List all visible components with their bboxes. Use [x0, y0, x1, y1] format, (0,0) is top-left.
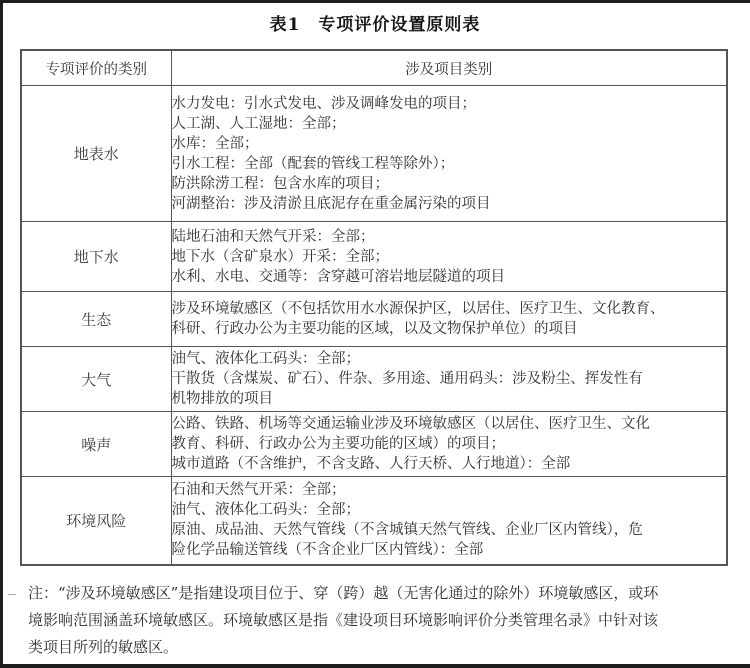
- item-line: 人工湖、人工湿地：全部；: [172, 114, 727, 134]
- category-cell: 地表水: [21, 86, 171, 222]
- table-title: 表1专项评价设置原则表: [0, 10, 750, 35]
- header-items: 涉及项目类别: [171, 50, 727, 86]
- items-cell: 水力发电：引水式发电、涉及调峰发电的项目； 人工湖、人工湿地：全部； 水库：全部…: [171, 86, 727, 222]
- table-row: 地表水 水力发电：引水式发电、涉及调峰发电的项目； 人工湖、人工湿地：全部； 水…: [21, 86, 727, 222]
- table-row: 环境风险 石油和天然气开采：全部； 油气、液体化工码头：全部； 原油、成品油、天…: [21, 477, 727, 565]
- item-line: 城市道路（不含维护，不含支路、人行天桥、人行地道）：全部: [172, 454, 727, 474]
- items-cell: 石油和天然气开采：全部； 油气、液体化工码头：全部； 原油、成品油、天然气管线（…: [171, 477, 727, 565]
- item-line: 公路、铁路、机场等交通运输业涉及环境敏感区（以居住、医疗卫生、文化: [172, 414, 727, 434]
- table-row: 噪声 公路、铁路、机场等交通运输业涉及环境敏感区（以居住、医疗卫生、文化 教育、…: [21, 412, 727, 477]
- table-row: 大气 油气、液体化工码头：全部； 干散货（含煤炭、矿石）、件杂、多用途、通用码头…: [21, 347, 727, 412]
- items-cell: 涉及环境敏感区（不包括饮用水水源保护区，以居住、医疗卫生、文化教育、 科研、行政…: [171, 292, 727, 347]
- frame-border-top: [0, 0, 750, 3]
- item-line: 原油、成品油、天然气管线（不含城镇天然气管线、企业厂区内管线），危: [172, 520, 727, 540]
- item-line: 地下水（含矿泉水）开采：全部；: [172, 247, 727, 267]
- item-line: 水力发电：引水式发电、涉及调峰发电的项目；: [172, 94, 727, 114]
- items-cell: 油气、液体化工码头：全部； 干散货（含煤炭、矿石）、件杂、多用途、通用码头：涉及…: [171, 347, 727, 412]
- frame-border-bottom: [0, 664, 750, 668]
- items-cell: 公路、铁路、机场等交通运输业涉及环境敏感区（以居住、医疗卫生、文化 教育、科研、…: [171, 412, 727, 477]
- item-line: 水库：全部；: [172, 134, 727, 154]
- item-line: 干散货（含煤炭、矿石）、件杂、多用途、通用码头：涉及粉尘、挥发性有: [172, 369, 727, 389]
- category-cell: 环境风险: [21, 477, 171, 565]
- table-row: 生态 涉及环境敏感区（不包括饮用水水源保护区，以居住、医疗卫生、文化教育、 科研…: [21, 292, 727, 347]
- table-row: 地下水 陆地石油和天然气开采：全部； 地下水（含矿泉水）开采：全部； 水利、水电…: [21, 222, 727, 292]
- item-line: 河湖整治：涉及清淤且底泥存在重金属污染的项目: [172, 194, 727, 214]
- item-line: 石油和天然气开采：全部；: [172, 480, 727, 500]
- footnote-line: 注：“涉及环境敏感区”是指建设项目位于、穿（跨）越（无害化通过的除外）环境敏感区…: [28, 580, 728, 607]
- table-number: 表1: [270, 15, 301, 35]
- item-line: 油气、液体化工码头：全部；: [172, 349, 727, 369]
- footnote-line: 类项目所列的敏感区。: [28, 634, 728, 661]
- item-line: 油气、液体化工码头：全部；: [172, 500, 727, 520]
- category-cell: 生态: [21, 292, 171, 347]
- margin-dash-mark: [8, 594, 16, 595]
- items-cell: 陆地石油和天然气开采：全部； 地下水（含矿泉水）开采：全部； 水利、水电、交通等…: [171, 222, 727, 292]
- item-line: 引水工程：全部（配套的管线工程等除外）；: [172, 154, 727, 174]
- category-cell: 地下水: [21, 222, 171, 292]
- item-line: 陆地石油和天然气开采：全部；: [172, 227, 727, 247]
- table-header-row: 专项评价的类别 涉及项目类别: [21, 50, 727, 86]
- evaluation-principles-table: 专项评价的类别 涉及项目类别 地表水 水力发电：引水式发电、涉及调峰发电的项目；…: [20, 49, 728, 566]
- item-line: 涉及环境敏感区（不包括饮用水水源保护区，以居住、医疗卫生、文化教育、: [172, 299, 727, 319]
- category-cell: 噪声: [21, 412, 171, 477]
- item-line: 险化学品输送管线（不含企业厂区内管线）：全部: [172, 540, 727, 560]
- header-category: 专项评价的类别: [21, 50, 171, 86]
- frame-border-left: [0, 0, 3, 668]
- item-line: 防洪除涝工程：包含水库的项目；: [172, 174, 727, 194]
- item-line: 教育、科研、行政办公为主要功能的区域）的项目；: [172, 434, 727, 454]
- table-title-text: 专项评价设置原则表: [318, 15, 480, 35]
- category-cell: 大气: [21, 347, 171, 412]
- item-line: 水利、水电、交通等：含穿越可溶岩地层隧道的项目: [172, 267, 727, 287]
- footnote-line: 境影响范围涵盖环境敏感区。环境敏感区是指《建设项目环境影响评价分类管理名录》中针…: [28, 607, 728, 634]
- table-footnote: 注：“涉及环境敏感区”是指建设项目位于、穿（跨）越（无害化通过的除外）环境敏感区…: [28, 580, 728, 661]
- item-line: 科研、行政办公为主要功能的区域，以及文物保护单位）的项目: [172, 319, 727, 339]
- item-line: 机物排放的项目: [172, 389, 727, 409]
